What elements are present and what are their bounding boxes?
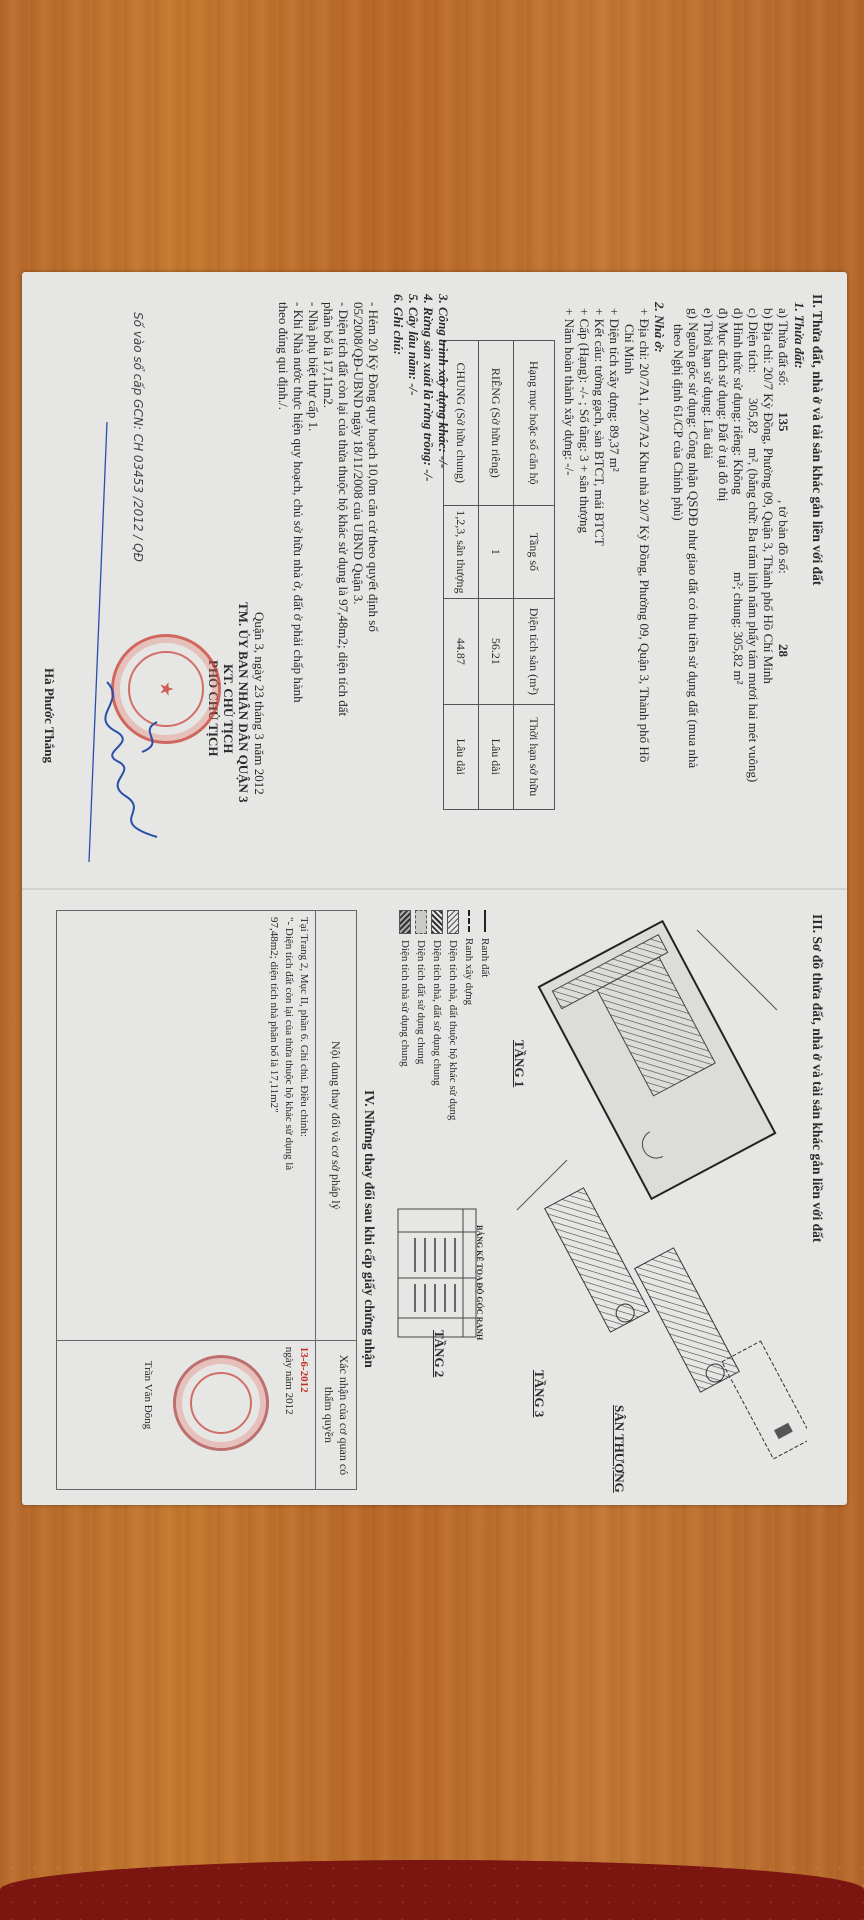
hatch-swatch [447, 910, 459, 934]
dense-hatch-swatch [431, 910, 443, 934]
signer-name: Hà Phước Thắng [42, 668, 57, 763]
floor-label-3: TẦNG 3 [531, 1370, 547, 1417]
house-address-line1: + Địa chỉ: 20/7A1, 20/7A2 Khu nhà 20/7 K… [637, 308, 652, 762]
table-cell: 56.21 [479, 599, 514, 704]
header-cell: Thời hạn sở hữu [514, 704, 555, 809]
dashed-line-swatch [468, 910, 470, 932]
house-grade-floors: + Cấp (Hạng): -/- ; Số tầng: 3 + sân thư… [577, 308, 592, 533]
map-sheet-number: 28 [776, 644, 791, 657]
area-label: c) Diện tích: [746, 308, 761, 373]
note-line: - Hẻm 20 Kỳ Đồng quy hoạch 10,0m căn cứ … [366, 302, 381, 632]
house-ownership-table: Hạng mục hoặc số căn hộ Tầng số Diện tíc… [443, 340, 555, 810]
usage-term: e) Thời hạn sử dụng: Lâu dài [701, 308, 716, 459]
house-structure: + Kết cấu: tường gạch, sàn BTCT, mái BTC… [592, 308, 607, 546]
table-row: RIÊNG (Sở hữu riêng) 1 56.21 Lâu dài [479, 341, 514, 810]
solid-line-swatch [484, 910, 486, 932]
change-content-cell: Tại Trang 2, Mục II, phần 6. Ghi chú. Đi… [57, 911, 316, 1341]
usage-origin-line2: theo Nghị định 61/CP của Chính phủ) [671, 324, 686, 521]
legend-label: Diện tích nhà, đất thuộc hộ khác sử dụng [447, 940, 459, 1120]
changes-table: Nội dung thay đổi và cơ sở pháp lý Xác n… [56, 910, 357, 1490]
header-cell: Tầng số [514, 505, 555, 599]
table-row: Tại Trang 2, Mục II, phần 6. Ghi chú. Đi… [57, 911, 316, 1490]
header-cell: Hạng mục hoặc số căn hộ [514, 341, 555, 506]
confirm-date: 13-6-2012 [296, 1347, 311, 1483]
planted-forest: 4. Rừng sản xuất là rừng trồng: -/- [421, 294, 436, 482]
legend-item: Ranh xây dựng [463, 910, 475, 1005]
land-address: b) Địa chỉ: 20/7 Kỳ Đồng, Phường 09, Quậ… [761, 308, 776, 684]
certificate-page-wrapper: II. Thửa đất, nhà ở và tài sản khác gắn … [22, 272, 847, 1505]
map-sheet-label: , tờ bản đồ số: [776, 500, 791, 574]
legend-item: Diện tích nhà sử dụng chung [399, 910, 411, 1067]
usage-shared: m²; chung: 305,82 m² [731, 572, 746, 685]
confirm-signer: Trần Văn Đông [140, 1361, 155, 1429]
usage-form: d) Hình thức sử dụng: riêng: Không [731, 308, 746, 495]
legend-label: Ranh đất [479, 938, 491, 977]
house-heading: 2. Nhà ở: [652, 302, 667, 353]
table-header-row: Nội dung thay đổi và cơ sở pháp lý Xác n… [316, 911, 357, 1490]
legend-label: Diện tích đất sử dụng chung [415, 940, 427, 1064]
notes-heading: 6. Ghi chú: [391, 294, 406, 355]
authority-title: TM. ỦY BAN NHÂN DÂN QUẬN 3 [236, 602, 251, 803]
house-built-area: + Diện tích xây dựng: 89,37 m² [607, 308, 622, 472]
perennial-trees: 5. Cây lâu năm: -/- [406, 294, 421, 395]
legend-item: Diện tích đất sử dụng chung [415, 910, 427, 1064]
table-cell: Lâu dài [444, 704, 479, 809]
register-number: Số vào sổ cấp GCN: CH 03453 /2012 / QĐ [130, 312, 145, 562]
header-cell: Xác nhận của cơ quan có thẩm quyền [316, 1340, 357, 1489]
seal-inner-ring [190, 1372, 252, 1434]
table-cell: 1,2,3, sân thượng [444, 505, 479, 599]
legend-label: Diện tích nhà, đất sử dụng chung [431, 940, 443, 1086]
header-cell: Nội dung thay đổi và cơ sở pháp lý [316, 911, 357, 1341]
authority-deputy: KT. CHỦ TỊCH [221, 664, 236, 753]
change-line: 97,48m2; diện tích nhà phân bổ là 17,11m… [266, 917, 281, 1334]
legend-item: Diện tích nhà, đất thuộc hộ khác sử dụng [447, 910, 459, 1120]
table-cell: 1 [479, 505, 514, 599]
usage-origin-line1: g) Nguồn gốc sử dụng: Công nhận QSDĐ như… [686, 308, 701, 768]
header-cell: Diện tích sàn (m²) [514, 599, 555, 704]
table-cell: Lâu dài [479, 704, 514, 809]
parcel-floor-plans [507, 910, 807, 1490]
area-in-words: m², (bằng chữ: Ba trăm linh năm phẩy tám… [746, 448, 761, 782]
land-heading: 1. Thửa đất: [792, 302, 807, 369]
note-line: theo đúng qui định./. [276, 302, 291, 410]
corner-coordinate-table [397, 1208, 477, 1338]
confirm-note: ngày năm 2012 [281, 1347, 296, 1483]
note-line: - Diện tích đất còn lại của thửa thuộc h… [336, 302, 351, 716]
section-iii-title: III. Sơ đồ thửa đất, nhà ở và tài sản kh… [810, 914, 825, 1242]
parcel-label: a) Thửa đất số: [776, 308, 791, 386]
note-line: phân bổ là 17,11m2. [321, 302, 336, 408]
house-address-line2: Chí Minh [622, 324, 637, 374]
table-edge-texture [0, 1860, 864, 1920]
section-iii-iv: III. Sơ đồ thửa đất, nhà ở và tài sản kh… [22, 890, 847, 1505]
parcel-number: 135 [776, 412, 791, 432]
change-line: Tại Trang 2, Mục II, phần 6. Ghi chú. Đi… [296, 917, 311, 1334]
floor-label-rooftop: SÂN THƯỢNG [611, 1405, 627, 1493]
legend-item: Ranh đất [479, 910, 491, 977]
registry-seal [173, 1355, 269, 1451]
change-line: "- Diện tích đất còn lại của thửa thuộc … [281, 917, 296, 1334]
house-completion-year: + Năm hoàn thành xây dựng: -/- [562, 308, 577, 475]
table-cell: RIÊNG (Sở hữu riêng) [479, 341, 514, 506]
table-cell: 44.87 [444, 599, 479, 704]
table-header-row: Hạng mục hoặc số căn hộ Tầng số Diện tíc… [514, 341, 555, 810]
note-line: - Khi Nhà nước thực hiện quy hoạch, chủ … [291, 302, 306, 703]
gray-swatch [415, 910, 427, 934]
floor-label-1: TẦNG 1 [511, 1040, 527, 1087]
other-works: 3. Công trình xây dựng khác: -/- [436, 294, 451, 468]
legend-label: Diện tích nhà sử dụng chung [399, 940, 411, 1067]
note-line: 05/2008/QĐ-UBND ngày 18/11/2008 của UBND… [351, 302, 366, 604]
confirmation-cell: 13-6-2012 ngày năm 2012 Trần Văn Đông [57, 1340, 316, 1489]
land-use-certificate-page: II. Thửa đất, nhà ở và tài sản khác gắn … [22, 272, 847, 1505]
section-iv-title: IV. Những thay đổi sau khi cấp giấy chứn… [362, 1090, 377, 1368]
area-value: 305,82 [746, 398, 761, 434]
section-ii: II. Thửa đất, nhà ở và tài sản khác gắn … [22, 272, 847, 888]
signing-place-date: Quận 3, ngày 23 tháng 3 năm 2012 [252, 612, 267, 795]
note-line: - Nhà phụ biệt thự cấp 1. [306, 302, 321, 431]
legend-item: Diện tích nhà, đất sử dụng chung [431, 910, 443, 1086]
section-ii-title: II. Thửa đất, nhà ở và tài sản khác gắn … [810, 294, 825, 585]
cross-hatch-swatch [399, 910, 411, 934]
usage-purpose: đ) Mục đích sử dụng: Đất ở tại đô thị [716, 308, 731, 501]
legend-label: Ranh xây dựng [463, 938, 475, 1005]
